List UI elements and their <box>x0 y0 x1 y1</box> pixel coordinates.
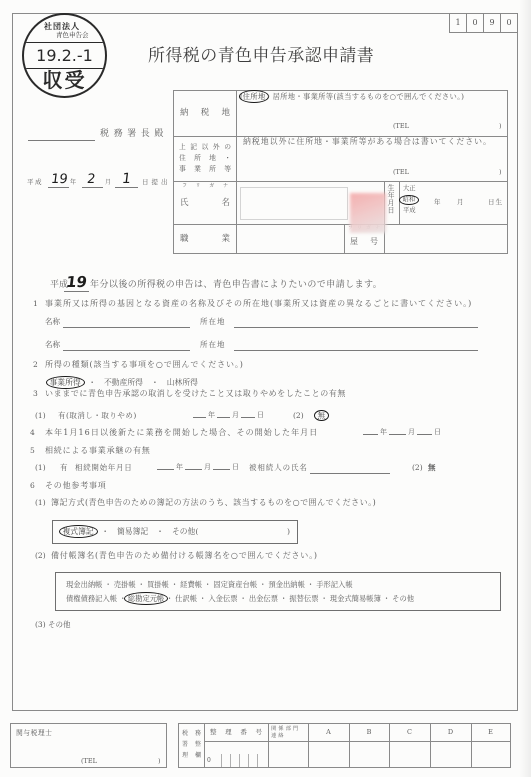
ledger-option: 総勘定元帳 <box>124 592 168 605</box>
scan-edge-shadow <box>519 0 531 777</box>
option-number: (1) <box>35 412 46 420</box>
form-title: 所得税の青色申告承認申請書 <box>148 48 374 65</box>
column-header-reference-number: 整理番号 <box>210 729 262 736</box>
section-2-heading: 所得の種類(該当する事項を○で囲んでください。) <box>45 361 244 369</box>
separator: ・ <box>138 580 145 589</box>
section-5-heading: 相続による事業承継の有無 <box>45 447 151 455</box>
month-unit: 月 <box>105 180 111 186</box>
digit-tick <box>248 754 249 767</box>
section-number: 4 <box>30 429 35 437</box>
separator: ・ <box>88 378 96 387</box>
office-use-label: 税務 署整 理欄 <box>182 731 201 759</box>
separator: ・ <box>265 92 273 101</box>
section-3-heading: いままでに青色申告承認の取消しを受けたこと又は取りやめをしたことの有無 <box>45 390 346 398</box>
separator: ・ <box>156 527 164 536</box>
ledger-option: 手形記入帳 <box>316 580 352 589</box>
separator: ・ <box>321 594 328 603</box>
option-number: (2) <box>293 412 304 420</box>
submitted-label: 日提出 <box>142 179 171 186</box>
handwritten-month: 2 <box>86 173 96 186</box>
declaration-text: 年分以後の所得税の申告は、青色申告書によりたいので申請します。 <box>90 281 382 290</box>
bookkeeping-heading: 簿記方式(青色申告のための簿記の方法のうち、該当するものを○で囲んでください。) <box>51 499 376 507</box>
option-number: (2) <box>412 464 423 472</box>
day-blank <box>213 468 230 470</box>
redacted-region <box>350 193 386 233</box>
header-divider <box>204 741 510 742</box>
label-column-divider <box>236 91 237 253</box>
option-number: (3) <box>35 621 46 629</box>
income-type-options: 事業所得・不動産所得・山林所得 <box>50 379 198 387</box>
option-number: (2) <box>35 552 46 560</box>
ledger-option: 現金式簡易帳簿 <box>330 594 381 603</box>
bookkeeping-method-option: 簡易簿記 <box>117 527 148 536</box>
column-divider <box>344 224 345 253</box>
ledger-option: 出金伝票 <box>249 594 278 603</box>
column-header-e: E <box>471 729 510 736</box>
tax-accountant-box: 関与税理士 (TEL ) <box>10 723 167 768</box>
day-blank <box>417 433 432 435</box>
ledger-option: 現金出納帳 <box>66 580 102 589</box>
handwritten-year: 19 <box>50 173 68 186</box>
tel-close-paren: ) <box>499 169 502 176</box>
column-divider <box>204 724 205 767</box>
year-unit: 年 <box>176 463 183 471</box>
ledger-option: 預金出納帳 <box>268 580 304 589</box>
section-number: 1 <box>33 300 38 308</box>
stamp-organization-name: 青色申告会 <box>56 32 89 39</box>
day-unit: 日 <box>257 411 264 419</box>
ledger-option: 買掛帳 <box>147 580 169 589</box>
year-unit: 年 <box>380 428 387 436</box>
tel-close-paren: ) <box>499 123 502 130</box>
label-line: 上記以外の <box>179 144 231 151</box>
form-code-box: 1 0 9 0 <box>449 13 518 33</box>
birth-month-unit: 月 <box>457 199 464 206</box>
separator: ・ <box>171 580 178 589</box>
section-number: 2 <box>33 361 38 369</box>
business-name-label: 名称 <box>45 341 60 349</box>
section-6-heading: その他参考事項 <box>45 482 107 490</box>
stamp-date: 19.2.-1 <box>24 48 105 64</box>
tax-address-instruction: (該当するものを○で囲んでください。) <box>333 92 464 101</box>
month-blank <box>389 433 406 435</box>
tax-address-type-options: (住所地・居所地・事業所等(該当するものを○で囲んでください。) <box>240 93 464 100</box>
business-start-date: 年月日 <box>361 429 441 436</box>
revocation-option-no: 無 <box>314 410 330 422</box>
office-use-table: 税務 署整 理欄 整理番号 関係部門連絡 A B C D E 0 <box>178 723 511 768</box>
column-header-b: B <box>349 729 389 736</box>
ledger-list-line-2: 債権債務記入帳・総勘定元帳・仕訳帳・入金伝票・出金伝票・振替伝票・現金式簡易帳簿… <box>66 595 414 602</box>
year-blank <box>363 433 378 435</box>
reference-number-prefix: 0 <box>207 758 211 764</box>
name-entry-area <box>240 187 348 220</box>
business-name-label: 名称 <box>45 318 60 326</box>
year-blank <box>48 187 69 188</box>
section-number: 3 <box>33 390 38 398</box>
tax-office-name-blank <box>28 140 95 141</box>
label-line: 住所地・ <box>179 155 231 162</box>
tax-address-option: 居所地 <box>273 92 296 101</box>
era-option: 大正 <box>403 186 416 192</box>
receipt-stamp: 社団法人 青色申告会 19.2.-1 収受 <box>22 13 107 98</box>
tax-address-label: 納 税 地 <box>180 109 230 118</box>
tel-close-paren: ) <box>158 758 161 765</box>
year-blank <box>157 468 174 470</box>
separator: ・ <box>240 594 247 603</box>
digit-tick <box>230 754 231 767</box>
digit-tick <box>221 754 222 767</box>
other-address-instruction: 納税地以外に住所地・事業所等がある場合は書いてください。 <box>243 138 492 146</box>
ledger-option: 仕訳帳 <box>175 594 197 603</box>
other-address-label: 上記以外の 住所地・ 事業所等 <box>179 144 231 172</box>
year-unit: 年 <box>70 180 76 186</box>
occupation-label: 職 業 <box>180 235 230 244</box>
separator: ・ <box>204 580 211 589</box>
close-paren: ) <box>287 528 290 536</box>
bookkeeping-method-option: その他( <box>172 527 198 536</box>
stamp-organization: 社団法人 <box>44 22 80 30</box>
inheritance-start-date: 年月日 <box>155 464 239 471</box>
year-unit: 年 <box>208 411 215 419</box>
form-code-digit: 1 <box>449 13 466 32</box>
addressee-label: 税務署長殿 <box>100 130 168 139</box>
digit-tick <box>239 754 240 767</box>
option-number: (1) <box>35 464 46 472</box>
row-divider <box>174 224 507 225</box>
label-row: 署整 <box>182 742 201 748</box>
bookkeeping-method-box: 複式簿記・簡易簿記・その他( ) <box>52 520 298 544</box>
era-option: 平成 <box>403 208 416 214</box>
income-type-option: 不動産所得 <box>104 378 143 387</box>
column-header-c: C <box>389 729 430 736</box>
month-unit: 月 <box>204 463 211 471</box>
month-blank <box>217 416 230 418</box>
separator: ・ <box>259 580 266 589</box>
ledger-list-box: 現金出納帳・売掛帳・買掛帳・経費帳・固定資産台帳・預金出納帳・手形記入帳 債権債… <box>55 572 501 611</box>
row-divider <box>174 181 507 182</box>
column-header-a: A <box>308 729 349 736</box>
revocation-date: 年月日 <box>191 412 264 419</box>
separator: ・ <box>151 378 159 387</box>
label-row: 税務 <box>182 731 201 737</box>
business-location-blank <box>234 350 478 351</box>
tel-label: (TEL <box>393 123 409 130</box>
ledger-option: 固定資産台帳 <box>213 580 257 589</box>
section-4-heading: 本年1月16日以後新たに業務を開始した場合、その開始した年月日 <box>45 429 318 437</box>
separator: ・ <box>295 92 303 101</box>
separator: ・ <box>166 594 173 603</box>
separator: ・ <box>104 580 111 589</box>
name-label: 氏 名 <box>180 199 230 208</box>
stamp-received-label: 収受 <box>24 70 105 90</box>
ledger-option: 経費帳 <box>180 580 202 589</box>
scanned-form-page: 1 0 9 0 社団法人 青色申告会 19.2.-1 収受 所得税の青色申告承認… <box>0 0 531 777</box>
business-location-blank <box>234 327 478 328</box>
month-blank <box>82 187 103 188</box>
form-code-digit: 0 <box>466 13 483 32</box>
digit-tick <box>257 754 258 767</box>
decedent-name-blank <box>310 473 390 474</box>
birth-day-unit: 日生 <box>488 199 503 206</box>
month-unit: 月 <box>232 411 239 419</box>
ledger-option: 売掛帳 <box>114 580 136 589</box>
month-blank <box>185 468 202 470</box>
inheritance-start-date-label: 相続開始年月日 <box>75 464 132 472</box>
day-blank <box>241 416 255 418</box>
stamp-divider <box>24 42 105 43</box>
year-blank <box>193 416 206 418</box>
separator: ・ <box>199 594 206 603</box>
separator: ・ <box>280 594 287 603</box>
option-number: (1) <box>35 499 46 507</box>
succession-option-yes: 有 <box>60 464 68 472</box>
business-location-label: 所在地 <box>200 318 226 326</box>
birth-date-label: 生年月日 <box>387 184 394 222</box>
column-header-d: D <box>430 729 471 736</box>
column-header-department-liaison: 関係部門連絡 <box>271 726 306 740</box>
business-name-blank <box>63 327 190 328</box>
ledgers-heading: 備付帳簿名(青色申告のため備付ける帳簿名を○で囲んでください。) <box>51 552 318 560</box>
form-code-digit: 9 <box>483 13 500 32</box>
declaration-year-blank <box>64 291 89 292</box>
ledger-option: 債権債務記入帳 <box>66 594 117 603</box>
label-row: 理欄 <box>182 753 201 759</box>
succession-option-no: 無 <box>428 464 436 472</box>
section-number: 5 <box>30 447 35 455</box>
business-name-blank <box>63 350 190 351</box>
trade-name-label: 屋 号 <box>350 238 378 246</box>
section-1-heading: 事業所又は所得の基因となる資産の名称及びその所在地(事業所又は資産の異なるごとに… <box>45 300 472 308</box>
tel-label: (TEL <box>393 169 409 176</box>
day-blank <box>115 187 138 188</box>
birth-year-unit: 年 <box>434 199 441 206</box>
business-location-label: 所在地 <box>200 341 226 349</box>
date-era: 平成 <box>27 179 43 186</box>
ledger-option: その他 <box>392 594 414 603</box>
other-notes-label: その他 <box>48 621 71 629</box>
label-line: 事業所等 <box>179 166 231 173</box>
tax-address-option: 事業所等 <box>303 92 333 101</box>
form-code-digit: 0 <box>500 13 517 32</box>
name-furigana-label: フリガナ <box>182 184 228 189</box>
ledger-list-line-1: 現金出納帳・売掛帳・買掛帳・経費帳・固定資産台帳・預金出納帳・手形記入帳 <box>66 581 353 588</box>
era-option: 昭和 <box>399 195 420 205</box>
handwritten-declaration-year: 19 <box>65 275 88 290</box>
month-unit: 月 <box>408 428 415 436</box>
income-type-option: 山林所得 <box>167 378 198 387</box>
revocation-option-yes: 有(取消し・取りやめ) <box>58 412 137 420</box>
ledger-option: 振替伝票 <box>289 594 318 603</box>
income-type-option: 事業所得 <box>46 376 85 389</box>
separator: ・ <box>307 580 314 589</box>
day-unit: 日 <box>232 463 239 471</box>
column-divider <box>268 724 269 767</box>
section-number: 6 <box>30 482 35 490</box>
separator: ・ <box>383 594 390 603</box>
tel-label: (TEL <box>81 758 97 765</box>
handwritten-day: 1 <box>121 172 132 186</box>
applicant-info-table: 納 税 地 (住所地・居所地・事業所等(該当するものを○で囲んでください。) (… <box>173 90 508 254</box>
separator: ・ <box>101 527 109 536</box>
decedent-name-label: 被相続人の氏名 <box>249 464 308 472</box>
bookkeeping-method-option: 複式簿記 <box>59 525 98 538</box>
ledger-option: 入金伝票 <box>208 594 237 603</box>
day-unit: 日 <box>434 428 441 436</box>
tax-accountant-label: 関与税理士 <box>16 730 52 737</box>
bookkeeping-method-options: 複式簿記・簡易簿記・その他( <box>63 528 198 536</box>
